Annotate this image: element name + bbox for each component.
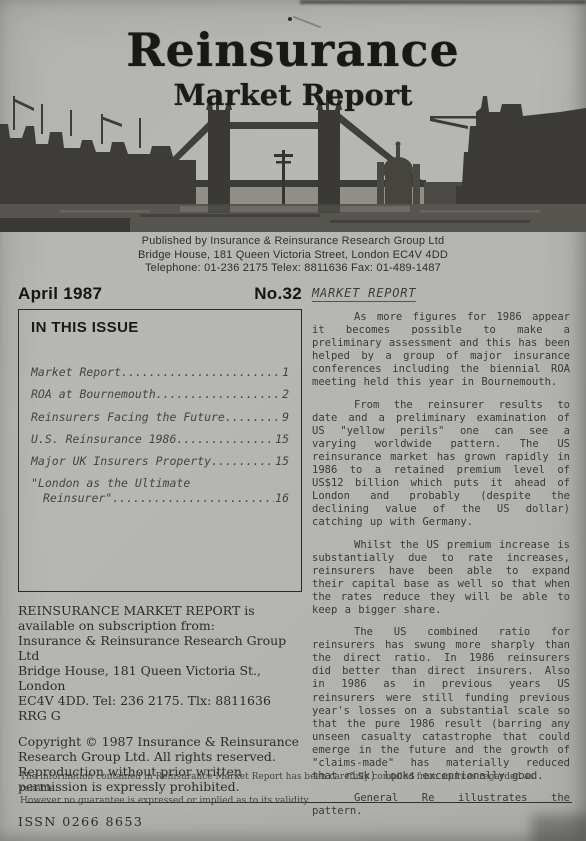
toc-item-label: Reinsurer" <box>31 492 112 506</box>
publisher-address: Bridge House, 181 Queen Victoria Street,… <box>0 249 586 263</box>
scan-scratch-dot <box>288 17 292 21</box>
toc-item-page: 15 <box>274 455 289 469</box>
subscription-line: Bridge House, 181 Queen Victoria St., Lo… <box>18 663 302 693</box>
toc-list: Market Report ..........................… <box>31 366 289 506</box>
issue-row: April 1987 No.32 <box>18 284 302 304</box>
subscription-line: REINSURANCE MARKET REPORT is <box>18 603 302 618</box>
toc-leader: ........................................… <box>211 455 274 469</box>
subscription-line: EC4V 4DD. Tel: 236 2175. Tlx: 8811636 RR… <box>18 693 302 723</box>
newsletter-subtitle: Market Report <box>0 78 586 112</box>
toc-item: Major UK Insurers Property .............… <box>31 455 289 469</box>
toc-item-label: Major UK Insurers Property <box>31 455 211 469</box>
article-paragraph: The US combined ratio for reinsurers has… <box>312 626 570 783</box>
subscription-line: available on subscription from: <box>18 618 302 633</box>
disclaimer-line: However no guarantee is expressed or imp… <box>20 795 572 807</box>
subscription-line: Insurance & Reinsurance Research Group L… <box>18 633 302 663</box>
newsletter-page: Reinsurance Market Report Published by I… <box>0 0 586 841</box>
toc-item: "London as the Ultimate <box>31 477 289 491</box>
toc-item: ROA at Bournemouth .....................… <box>31 388 289 402</box>
toc-item-page: 15 <box>274 433 289 447</box>
toc-item: U.S. Reinsurance 1986 ..................… <box>31 433 289 447</box>
toc-leader: ........................................… <box>176 433 274 447</box>
scan-shadow <box>532 815 586 841</box>
article-paragraph: As more figures for 1986 appear it becom… <box>312 311 570 390</box>
toc-item-label: U.S. Reinsurance 1986 <box>31 433 176 447</box>
issue-number: No.32 <box>254 284 302 304</box>
toc-item: Market Report ..........................… <box>31 366 289 380</box>
toc-item-page: 9 <box>281 411 289 425</box>
article-paragraph: From the reinsurer results to date and a… <box>312 399 570 530</box>
toc-item-page: 16 <box>274 492 289 506</box>
scan-smudge <box>300 0 586 4</box>
toc-item-continuation: Reinsurer" .............................… <box>31 492 289 506</box>
toc-item-label: Market Report <box>31 366 121 380</box>
toc-item-label: Reinsurers Facing the Future <box>31 411 225 425</box>
publisher-contacts: Telephone: 01-236 2175 Telex: 8811636 Fa… <box>0 262 586 276</box>
issn: ISSN 0266 8653 <box>18 814 302 829</box>
toc-item-page: 1 <box>281 366 289 380</box>
toc-leader: ........................................… <box>121 366 281 380</box>
toc-item-label: "London as the Ultimate <box>31 477 190 491</box>
issue-date: April 1987 <box>18 284 102 304</box>
toc-leader: ........................................… <box>112 492 274 506</box>
article-column: MARKET REPORT As more figures for 1986 a… <box>312 284 570 818</box>
table-of-contents: IN THIS ISSUE Market Report ............… <box>18 309 302 592</box>
subscription-info: REINSURANCE MARKET REPORT is available o… <box>18 603 302 723</box>
toc-item-page: 2 <box>281 388 289 402</box>
masthead: Reinsurance Market Report <box>0 0 586 232</box>
toc-heading: IN THIS ISSUE <box>31 319 289 336</box>
article-paragraph: Whilst the US premium increase is substa… <box>312 539 570 618</box>
publisher-line: Published by Insurance & Reinsurance Res… <box>0 235 586 249</box>
footer-rule <box>26 802 572 803</box>
toc-leader: ........................................… <box>225 411 281 425</box>
article-heading: MARKET REPORT <box>312 286 416 302</box>
publisher-block: Published by Insurance & Reinsurance Res… <box>0 235 586 276</box>
toc-item: Reinsurers Facing the Future ...........… <box>31 411 289 425</box>
left-column: April 1987 No.32 IN THIS ISSUE Market Re… <box>18 284 302 829</box>
toc-leader: ........................................… <box>156 388 281 402</box>
newsletter-title: Reinsurance <box>0 26 586 74</box>
disclaimer-line: The information contained in Reinsurance… <box>20 771 572 795</box>
toc-item-label: ROA at Bournemouth <box>31 388 156 402</box>
